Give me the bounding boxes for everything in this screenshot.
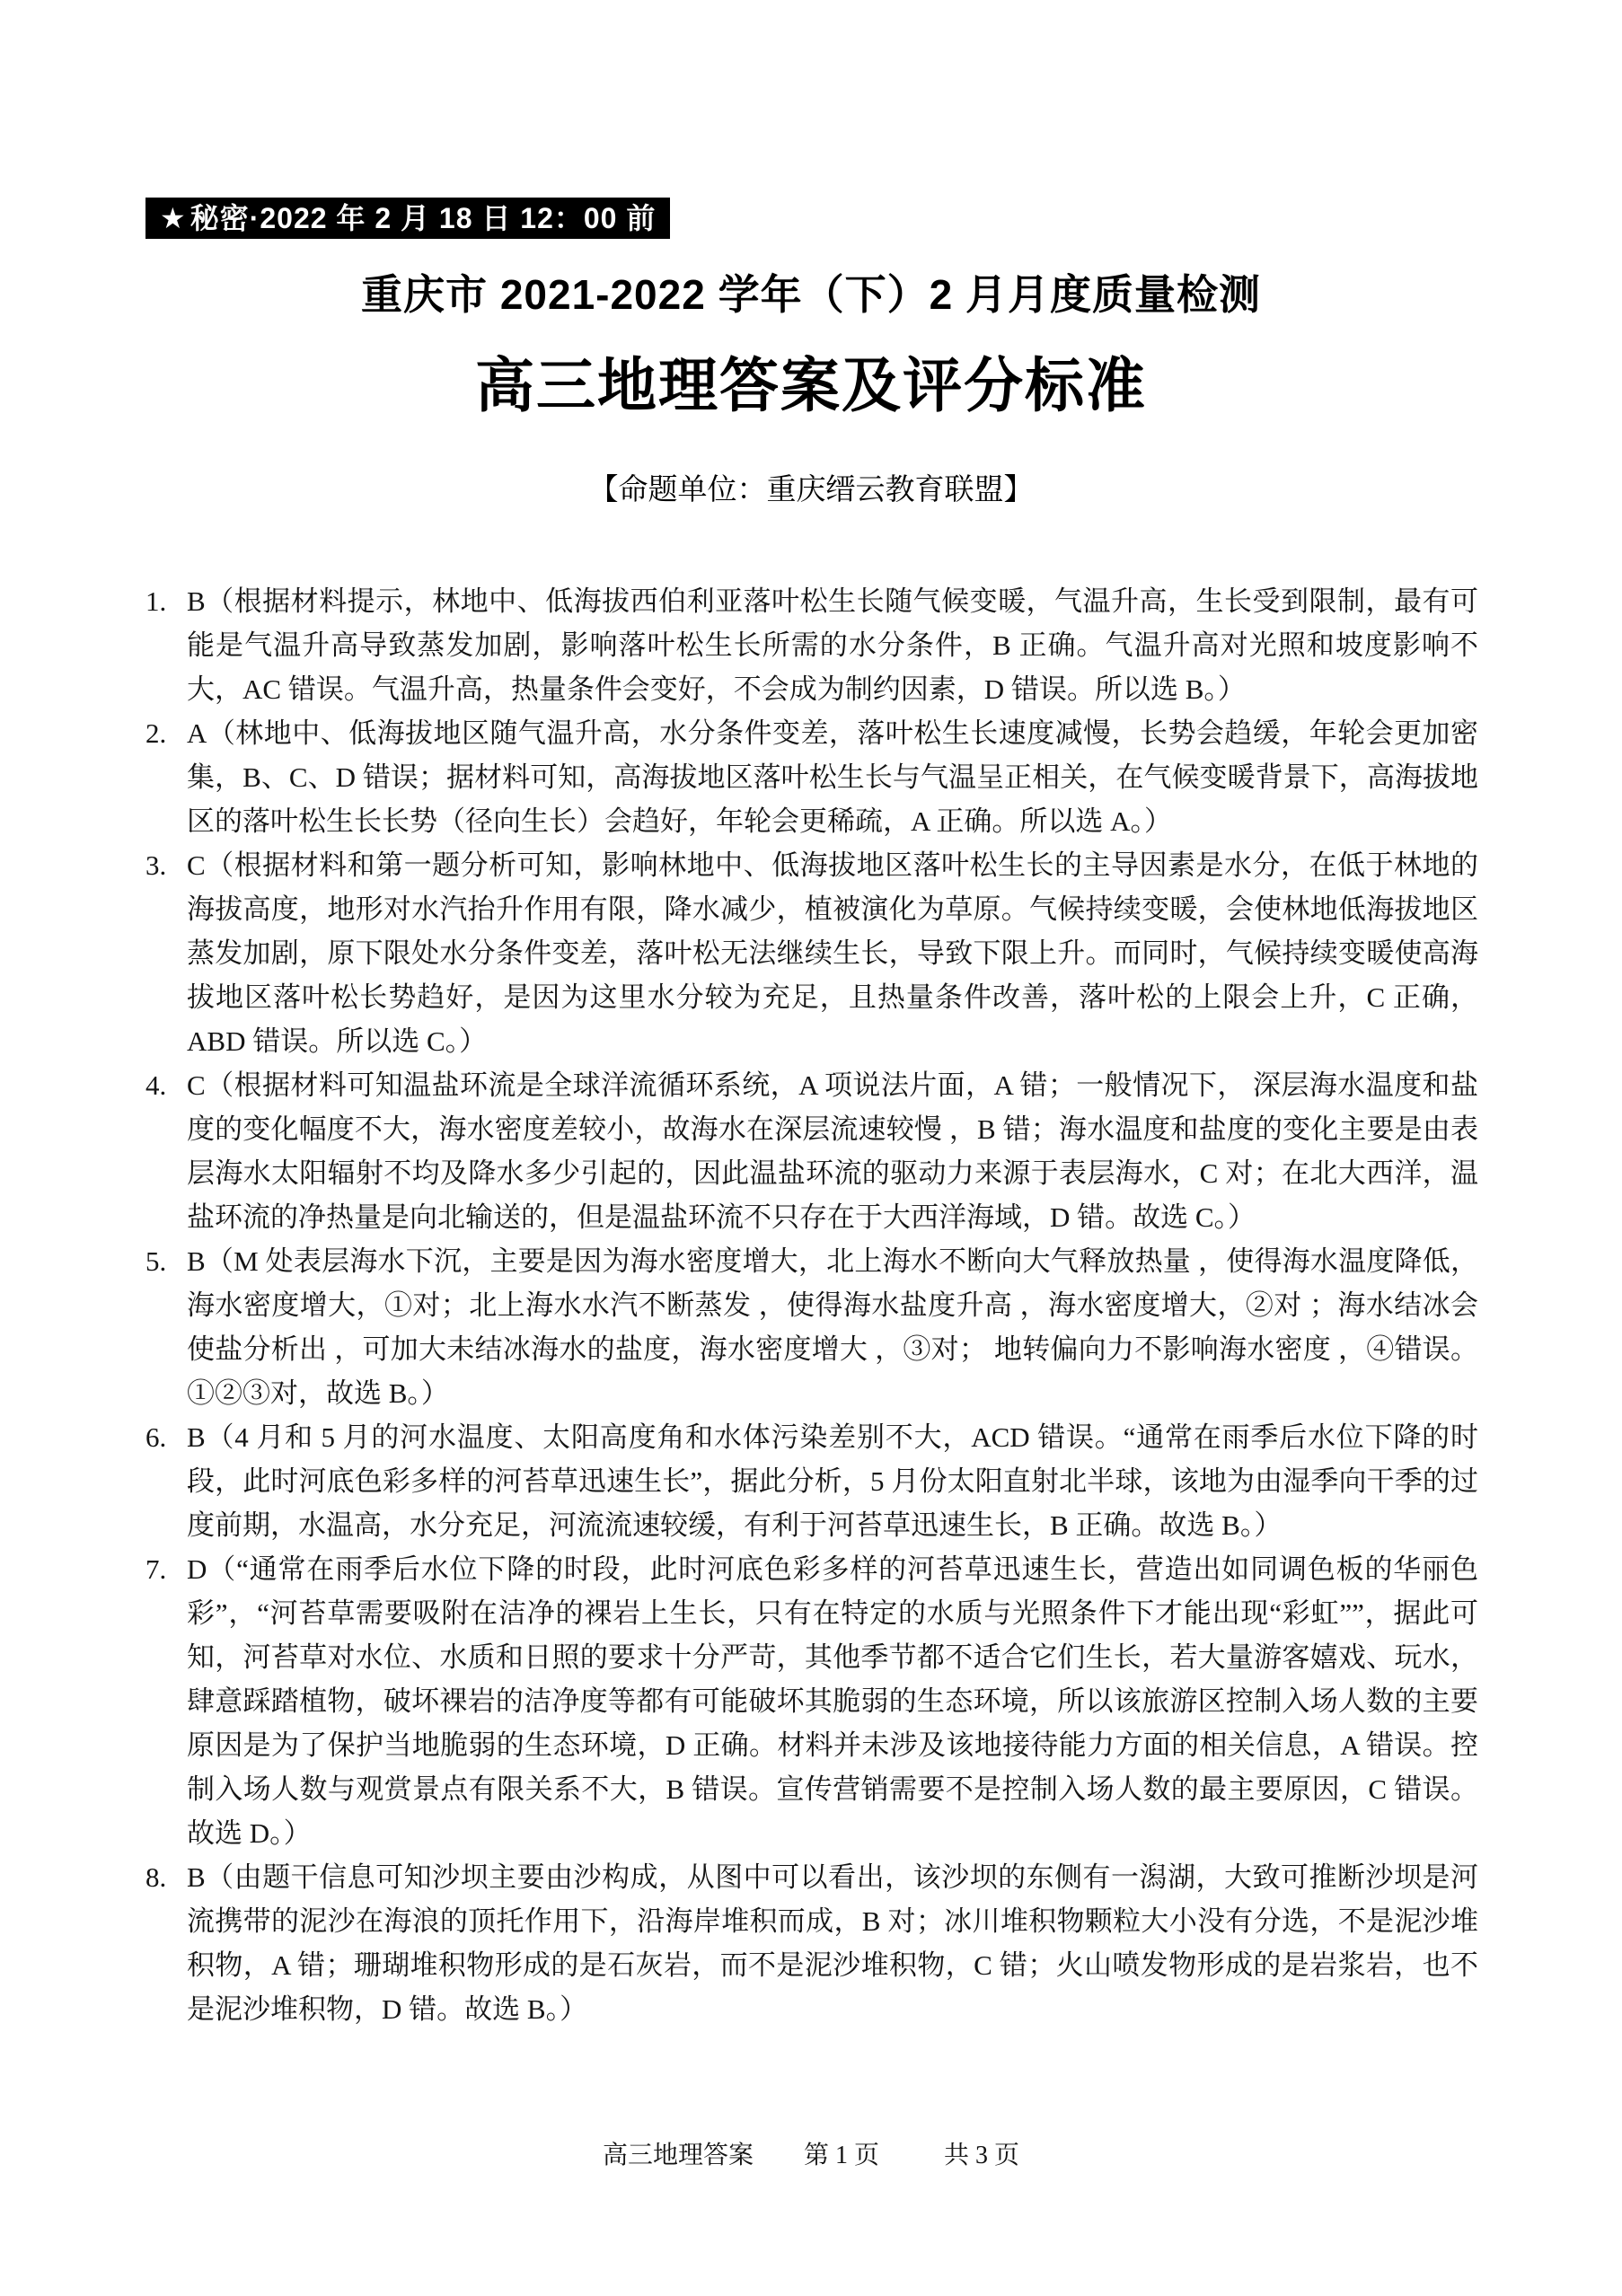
answer-item-7: 7. D（“通常在雨季后水位下降的时段，此时河底色彩多样的河苔草迅速生长，营造出… bbox=[145, 1547, 1478, 1855]
item-text: C（根据材料和第一题分析可知，影响林地中、低海拔地区落叶松生长的主导因素是水分，… bbox=[187, 843, 1478, 1063]
item-text: B（由题干信息可知沙坝主要由沙构成，从图中可以看出，该沙坝的东侧有一潟湖，大致可… bbox=[187, 1855, 1478, 2031]
item-number: 5. bbox=[145, 1239, 187, 1283]
answer-item-1: 1. B（根据材料提示，林地中、低海拔西伯利亚落叶松生长随气候变暖，气温升高，生… bbox=[145, 579, 1478, 711]
item-number: 7. bbox=[145, 1547, 187, 1591]
item-text: C（根据材料可知温盐环流是全球洋流循环系统，A 项说法片面，A 错；一般情况下，… bbox=[187, 1063, 1478, 1239]
star-icon: ★ bbox=[160, 198, 187, 239]
answer-letter: C bbox=[187, 849, 206, 881]
secrecy-badge-text: 秘密·2022 年 2 月 18 日 12：00 前 bbox=[190, 202, 657, 234]
document-page: ★秘密·2022 年 2 月 18 日 12：00 前 重庆市 2021-202… bbox=[0, 0, 1622, 2296]
secrecy-badge: ★秘密·2022 年 2 月 18 日 12：00 前 bbox=[145, 198, 670, 239]
item-text: D（“通常在雨季后水位下降的时段，此时河底色彩多样的河苔草迅速生长，营造出如同调… bbox=[187, 1547, 1478, 1855]
item-number: 2. bbox=[145, 711, 187, 755]
answer-letter: A bbox=[187, 717, 207, 749]
answer-explanation: （由题干信息可知沙坝主要由沙构成，从图中可以看出，该沙坝的东侧有一潟湖，大致可推… bbox=[187, 1861, 1478, 2025]
answer-explanation: （根据材料可知温盐环流是全球洋流循环系统，A 项说法片面，A 错；一般情况下， … bbox=[187, 1069, 1478, 1233]
footer-doc-name: 高三地理答案 bbox=[603, 2135, 754, 2171]
answer-explanation: （林地中、低海拔地区随气温升高，水分条件变差，落叶松生长速度减慢，长势会趋缓，年… bbox=[187, 717, 1478, 837]
answer-letter: B bbox=[187, 1861, 206, 1893]
item-text: B（M 处表层海水下沉，主要是因为海水密度增大，北上海水不断向大气释放热量 ，使… bbox=[187, 1239, 1478, 1415]
item-number: 3. bbox=[145, 843, 187, 887]
answer-letter: C bbox=[187, 1069, 206, 1101]
answer-explanation: （4 月和 5 月的河水温度、太阳高度角和水体污染差别不大，ACD 错误。“通常… bbox=[187, 1421, 1478, 1541]
item-text: A（林地中、低海拔地区随气温升高，水分条件变差，落叶松生长速度减慢，长势会趋缓，… bbox=[187, 711, 1478, 843]
answer-item-6: 6. B（4 月和 5 月的河水温度、太阳高度角和水体污染差别不大，ACD 错误… bbox=[145, 1415, 1478, 1547]
answer-letter: B bbox=[187, 1421, 206, 1453]
answer-item-8: 8. B（由题干信息可知沙坝主要由沙构成，从图中可以看出，该沙坝的东侧有一潟湖，… bbox=[145, 1855, 1478, 2031]
answer-list: 1. B（根据材料提示，林地中、低海拔西伯利亚落叶松生长随气候变暖，气温升高，生… bbox=[145, 579, 1478, 2031]
footer-total-pages: 共 3 页 bbox=[944, 2135, 1019, 2171]
footer-page-number: 第 1 页 bbox=[804, 2135, 879, 2171]
answer-explanation: （根据材料和第一题分析可知，影响林地中、低海拔地区落叶松生长的主导因素是水分，在… bbox=[187, 849, 1478, 1057]
item-number: 8. bbox=[145, 1855, 187, 1899]
item-text: B（根据材料提示，林地中、低海拔西伯利亚落叶松生长随气候变暖，气温升高，生长受到… bbox=[187, 579, 1478, 711]
item-text: B（4 月和 5 月的河水温度、太阳高度角和水体污染差别不大，ACD 错误。“通… bbox=[187, 1415, 1478, 1547]
answer-key-heading: 高三地理答案及评分标准 bbox=[0, 338, 1622, 423]
item-number: 4. bbox=[145, 1063, 187, 1107]
answer-explanation: （根据材料提示，林地中、低海拔西伯利亚落叶松生长随气候变暖，气温升高，生长受到限… bbox=[187, 585, 1478, 705]
item-number: 6. bbox=[145, 1415, 187, 1459]
item-number: 1. bbox=[145, 579, 187, 623]
answer-item-5: 5. B（M 处表层海水下沉，主要是因为海水密度增大，北上海水不断向大气释放热量… bbox=[145, 1239, 1478, 1415]
answer-letter: B bbox=[187, 1245, 206, 1277]
committee-line: 【命题单位：重庆缙云教育联盟】 bbox=[0, 466, 1622, 508]
page-footer: 高三地理答案 第 1 页 共 3 页 bbox=[0, 2135, 1622, 2171]
answer-item-2: 2. A（林地中、低海拔地区随气温升高，水分条件变差，落叶松生长速度减慢，长势会… bbox=[145, 711, 1478, 843]
answer-letter: D bbox=[187, 1553, 207, 1585]
answer-letter: B bbox=[187, 585, 206, 617]
answer-item-4: 4. C（根据材料可知温盐环流是全球洋流循环系统，A 项说法片面，A 错；一般情… bbox=[145, 1063, 1478, 1239]
answer-explanation: （“通常在雨季后水位下降的时段，此时河底色彩多样的河苔草迅速生长，营造出如同调色… bbox=[187, 1553, 1478, 1849]
answer-item-3: 3. C（根据材料和第一题分析可知，影响林地中、低海拔地区落叶松生长的主导因素是… bbox=[145, 843, 1478, 1063]
exam-title: 重庆市 2021-2022 学年（下）2 月月度质量检测 bbox=[0, 262, 1622, 321]
answer-explanation: （M 处表层海水下沉，主要是因为海水密度增大，北上海水不断向大气释放热量 ，使得… bbox=[187, 1245, 1478, 1409]
